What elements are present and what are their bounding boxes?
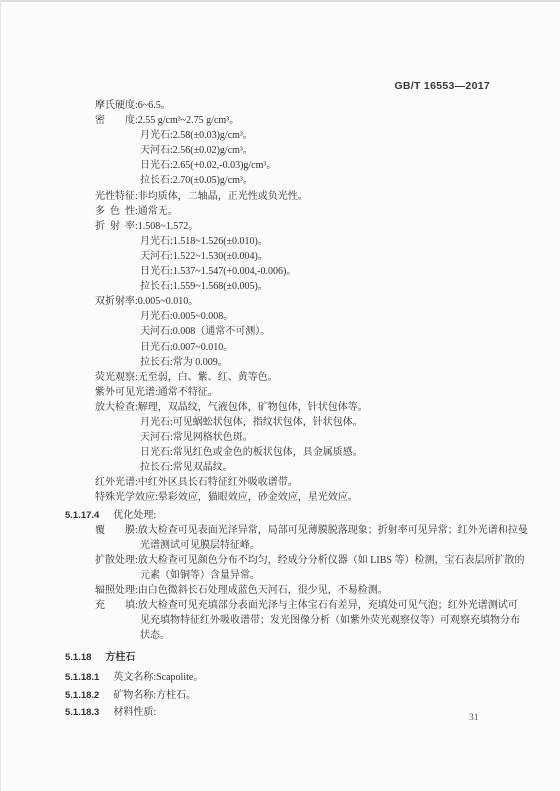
text-line: 荧光观察:无至弱，白、紫、红、黄等色。	[95, 370, 560, 385]
page-number: 31	[469, 713, 479, 723]
clause-title: 英文名称:Scapolite。	[113, 672, 203, 683]
text-line: 覆 膜:放大检查可见表面光泽异常，局部可见薄膜脱落现象；折射率可见异常；红外光谱…	[95, 523, 560, 538]
text-line: 元素（如铜等）含量异常。	[140, 568, 560, 583]
clause-number: 5.1.18.3	[65, 707, 113, 718]
text-line: 放大检查:解理，双晶纹，气液包体，矿物包体，针状包体等。	[95, 400, 560, 415]
text-line: 月光石:2.58(±0.03)g/cm³。	[140, 128, 560, 143]
clause-number: 5.1.18.1	[65, 672, 113, 683]
clause-line: 5.1.17.4优化处理:	[65, 508, 560, 523]
text-line: 紫外可见光谱:通常不特征。	[95, 385, 560, 400]
text-line: 天河石:1.522~1.530(±0.004)。	[140, 249, 560, 264]
clause-title: 优化处理:	[113, 510, 156, 521]
text-line: 折 射 率:1.508~1.572。	[95, 219, 560, 234]
clause-line: 5.1.18.2矿物名称:方柱石。	[65, 688, 560, 703]
text-line: 扩散处理:放大检查可见颜色分布不均匀，经成分分析仪器（如 LIBS 等）检测，宝…	[95, 553, 560, 568]
page-content: 摩氏硬度:6~6.5。密 度:2.55 g/cm³~2.75 g/cm³。月光石…	[0, 98, 560, 720]
clause-title: 方柱石	[105, 652, 135, 663]
text-line: 月光石:0.005~0.008。	[140, 309, 560, 324]
text-line: 密 度:2.55 g/cm³~2.75 g/cm³。	[95, 113, 560, 128]
text-line: 拉长石:常为 0.009。	[140, 355, 560, 370]
text-line: 日光石:0.007~0.010。	[140, 340, 560, 355]
section-heading: 5.1.18方柱石	[65, 650, 560, 665]
text-line: 摩氏硬度:6~6.5。	[95, 98, 560, 113]
text-line: 多 色 性:通常无。	[95, 204, 560, 219]
text-line: 日光石:常见红色或金色的板状包体，具金属质感。	[140, 445, 560, 460]
clause-number: 5.1.18.2	[65, 690, 113, 701]
text-line: 光性特征:非均质体，二轴晶，正光性或负光性。	[95, 189, 560, 204]
text-line: 见充填物特征红外吸收谱带；发光图像分析（如紫外荧光观察仪等）可观察充填物分布	[140, 613, 560, 628]
text-line: 光谱测试可见膜层特征峰。	[140, 538, 560, 553]
text-line: 月光石:可见蜗蚣状包体，指纹状包体，针状包体。	[140, 415, 560, 430]
text-line: 天河石:0.008（通常不可测）。	[140, 324, 560, 339]
doc-number: GB/T 16553—2017	[0, 80, 490, 92]
text-line: 辐照处理:由白色微斜长石处理成蓝色天河石，很少见，不易检测。	[95, 583, 560, 598]
text-line: 双折射率:0.005~0.010。	[95, 294, 560, 309]
text-line: 日光石:1.537~1.547(+0.004,-0.006)。	[140, 264, 560, 279]
clause-title: 矿物名称:方柱石。	[113, 690, 196, 701]
text-line: 天河石:常见网格状色斑。	[140, 430, 560, 445]
text-line: 拉长石:2.70(±0.05)g/cm³。	[140, 173, 560, 188]
text-line: 红外光谱:中红外区具长石特征红外吸收谱带。	[95, 475, 560, 490]
text-line: 拉长石:常见双晶纹。	[140, 460, 560, 475]
scan-edge-top	[0, 0, 560, 2]
text-line: 状态。	[140, 628, 560, 643]
clause-title: 材料性质:	[113, 707, 156, 718]
clause-line: 5.1.18.3材料性质:	[65, 705, 560, 720]
text-line: 特殊光学效应:晕彩效应，猫眼效应，砂金效应，星光效应。	[95, 490, 560, 505]
text-line: 拉长石:1.559~1.568(±0.005)。	[140, 279, 560, 294]
clause-number: 5.1.17.4	[65, 510, 113, 521]
document-page: GB/T 16553—2017 摩氏硬度:6~6.5。密 度:2.55 g/cm…	[0, 0, 560, 791]
text-line: 天河石:2.56(±0.02)g/cm³。	[140, 143, 560, 158]
clause-number: 5.1.18	[65, 652, 105, 663]
text-line: 充 填:放大检查可见充填部分表面光泽与主体宝石有差异，充填处可见气泡；红外光谱测…	[95, 598, 560, 613]
text-line: 月光石:1.518~1.526(±0.010)。	[140, 234, 560, 249]
clause-line: 5.1.18.1英文名称:Scapolite。	[65, 670, 560, 685]
text-line: 日光石:2.65(+0.02,-0.03)g/cm³。	[140, 158, 560, 173]
